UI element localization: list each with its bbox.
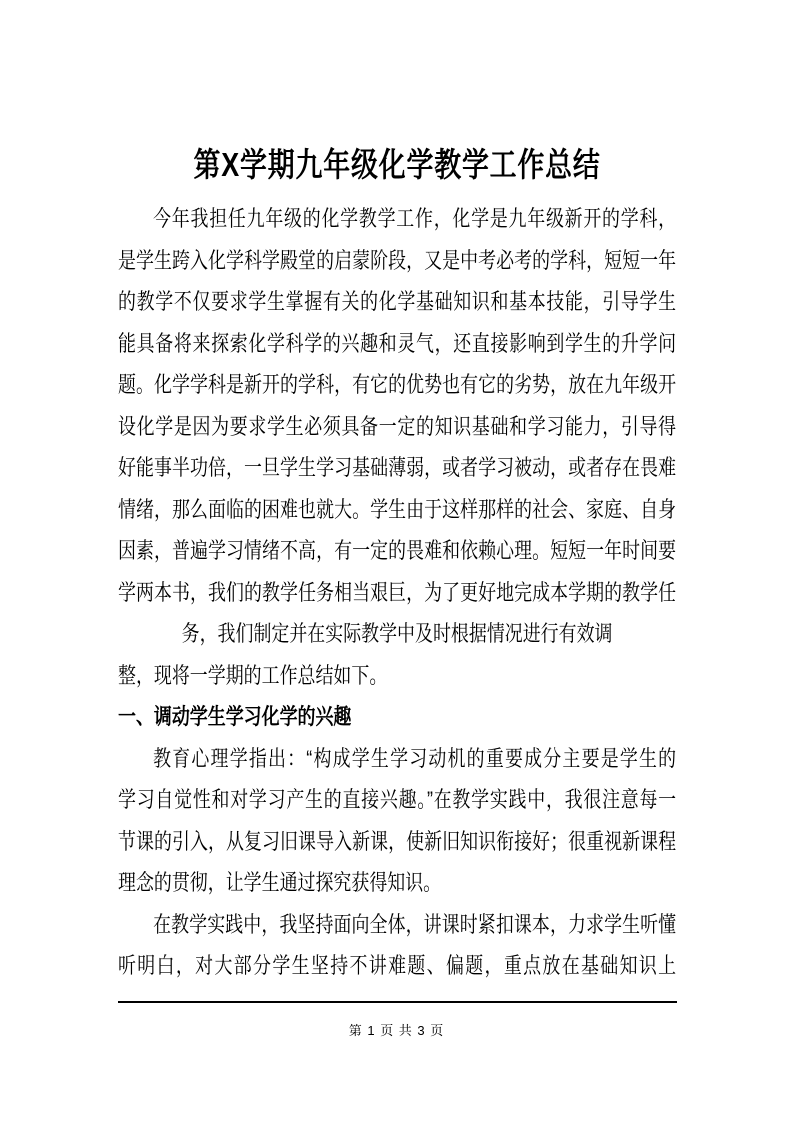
document-body: 第X学期九年级化学教学工作总结 今年我担任九年级的化学教学工作，化学是九年级新开…	[118, 142, 676, 987]
body-line: 好能事半功倍，一旦学生学习基础薄弱，或者学习被动，或者存在畏难	[118, 447, 676, 489]
body-line: 学习自觉性和对学习产生的直接兴趣。”在教学实践中，我很注意每一	[118, 779, 676, 821]
section-heading: 一、调动学生学习化学的兴趣	[118, 696, 676, 738]
document-page: 第X学期九年级化学教学工作总结 今年我担任九年级的化学教学工作，化学是九年级新开…	[0, 0, 793, 1122]
footer-divider	[118, 1001, 677, 1003]
body-line: 学两本书，我们的教学任务相当艰巨，为了更好地完成本学期的教学任	[118, 572, 676, 614]
body-line: 听明白，对大部分学生坚持不讲难题、偏题，重点放在基础知识上	[118, 945, 676, 987]
body-line: 设化学是因为要求学生必须具备一定的知识基础和学习能力，引导得	[118, 406, 676, 448]
body-line: 的教学不仅要求学生掌握有关的化学基础知识和基本技能，引导学生	[118, 281, 676, 323]
body-line: 题。化学学科是新开的学科，有它的优势也有它的劣势，放在九年级开	[118, 364, 676, 406]
document-title: 第X学期九年级化学教学工作总结	[118, 142, 676, 198]
body-line: 整，现将一学期的工作总结如下。	[118, 655, 676, 697]
body-line: 今年我担任九年级的化学教学工作，化学是九年级新开的学科，	[118, 198, 676, 240]
body-line: 是学生跨入化学科学殿堂的启蒙阶段，又是中考必考的学科，短短一年	[118, 240, 676, 282]
body-line: 理念的贯彻，让学生通过探究获得知识。	[118, 862, 676, 904]
body-line: 因素，普遍学习情绪不高，有一定的畏难和依赖心理。短短一年时间要	[118, 530, 676, 572]
page-number: 第 1 页 共 3 页	[0, 1020, 793, 1039]
body-line: 务，我们制定并在实际教学中及时根据情况进行有效调	[118, 613, 676, 655]
body-line: 教育心理学指出：“构成学生学习动机的重要成分主要是学生的	[118, 738, 676, 780]
body-line: 情绪，那么面临的困难也就大。学生由于这样那样的社会、家庭、自身	[118, 489, 676, 531]
body-line: 能具备将来探索化学科学的兴趣和灵气，还直接影响到学生的升学问	[118, 323, 676, 365]
body-line: 节课的引入，从复习旧课导入新课，使新旧知识衔接好；很重视新课程	[118, 821, 676, 863]
body-line: 在教学实践中，我坚持面向全体，讲课时紧扣课本，力求学生听懂	[118, 904, 676, 946]
